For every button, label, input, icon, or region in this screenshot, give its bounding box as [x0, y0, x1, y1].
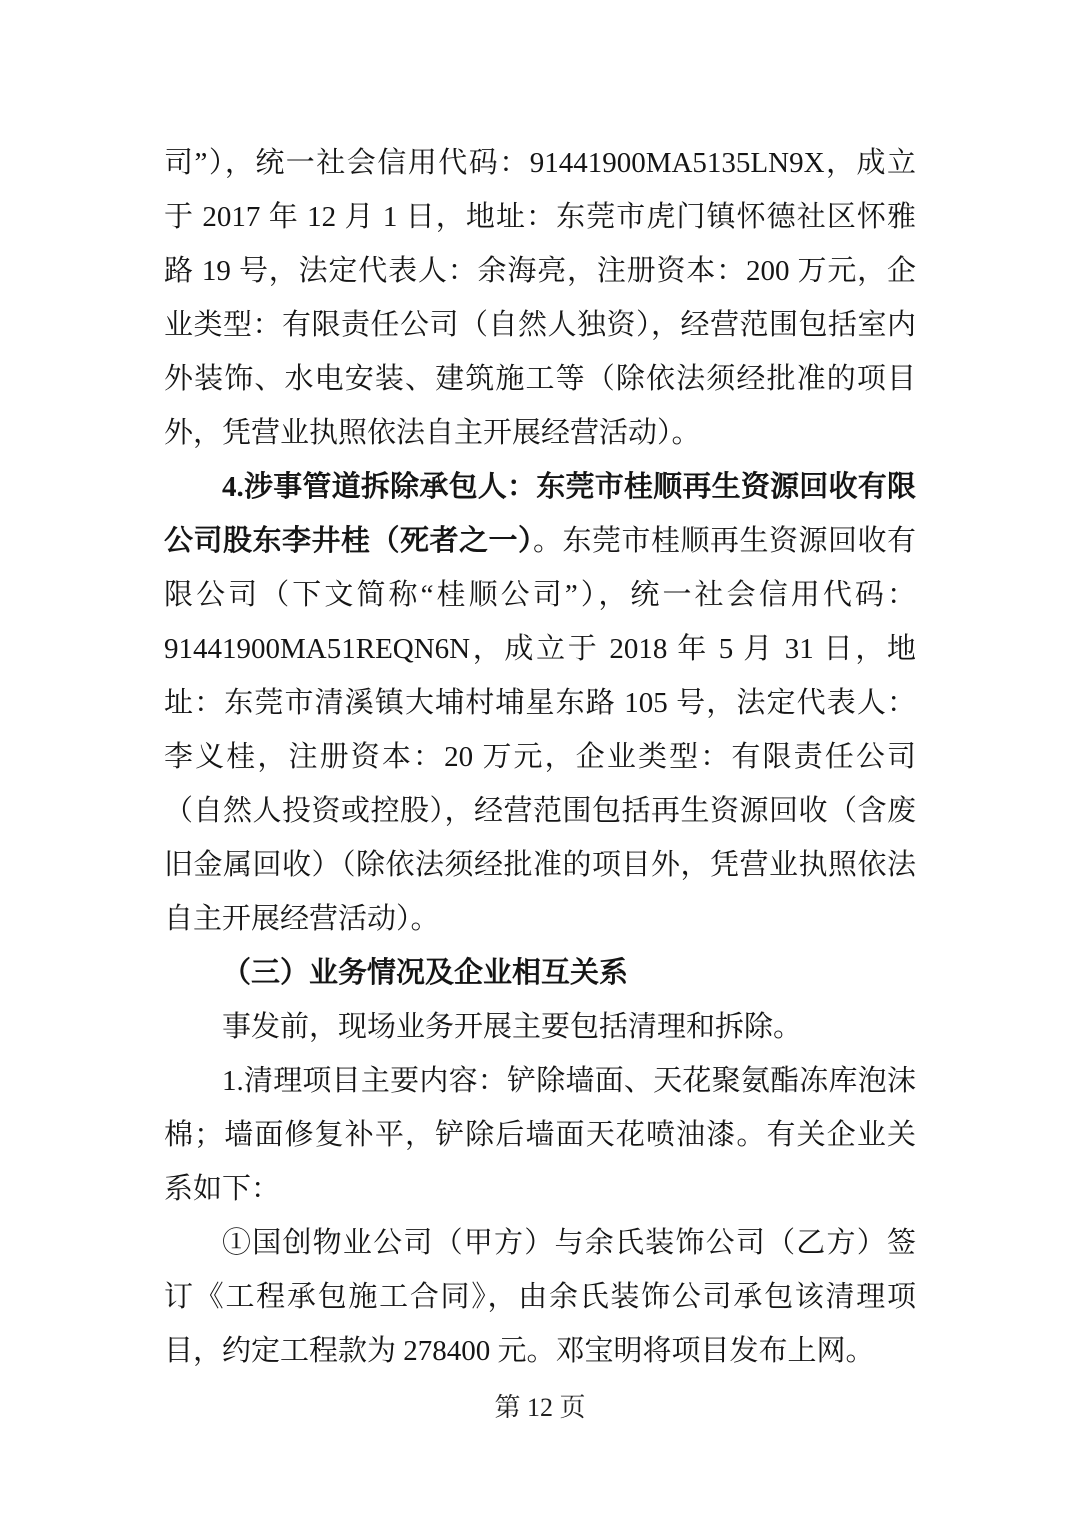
text-run: 1.清理项目主要内容：铲除墙面、天花聚氨酯冻库泡沫棉；墙面修复补平，铲除后墙面天… — [164, 1065, 916, 1205]
text-run: 司”），统一社会信用代码：91441900MA5135LN9X，成立于 2017… — [164, 147, 916, 449]
paragraph-company-yushi-details: 司”），统一社会信用代码：91441900MA5135LN9X，成立于 2017… — [164, 136, 916, 460]
paragraph-item-1-cleaning-project: 1.清理项目主要内容：铲除墙面、天花聚氨酯冻库泡沫棉；墙面修复补平，铲除后墙面天… — [164, 1054, 916, 1216]
paragraph-item-4-guishun-company: 4.涉事管道拆除承包人：东莞市桂顺再生资源回收有限公司股东李井桂（死者之一）。东… — [164, 460, 916, 946]
document-body: 司”），统一社会信用代码：91441900MA5135LN9X，成立于 2017… — [164, 136, 916, 1378]
paragraph-section-heading-3: （三）业务情况及企业相互关系 — [164, 946, 916, 1000]
paragraph-business-overview: 事发前，现场业务开展主要包括清理和拆除。 — [164, 1000, 916, 1054]
paragraph-relationship-1-contract: ①国创物业公司（甲方）与余氏装饰公司（乙方）签订《工程承包施工合同》，由余氏装饰… — [164, 1216, 916, 1378]
bold-text-run: （三）业务情况及企业相互关系 — [222, 957, 628, 989]
page-number-footer: 第 12 页 — [0, 1388, 1080, 1428]
text-run: 。东莞市桂顺再生资源回收有限公司（下文简称“桂顺公司”），统一社会信用代码：91… — [164, 525, 916, 935]
text-run: ①国创物业公司（甲方）与余氏装饰公司（乙方）签订《工程承包施工合同》，由余氏装饰… — [164, 1227, 916, 1367]
text-run: 事发前，现场业务开展主要包括清理和拆除。 — [222, 1011, 802, 1043]
